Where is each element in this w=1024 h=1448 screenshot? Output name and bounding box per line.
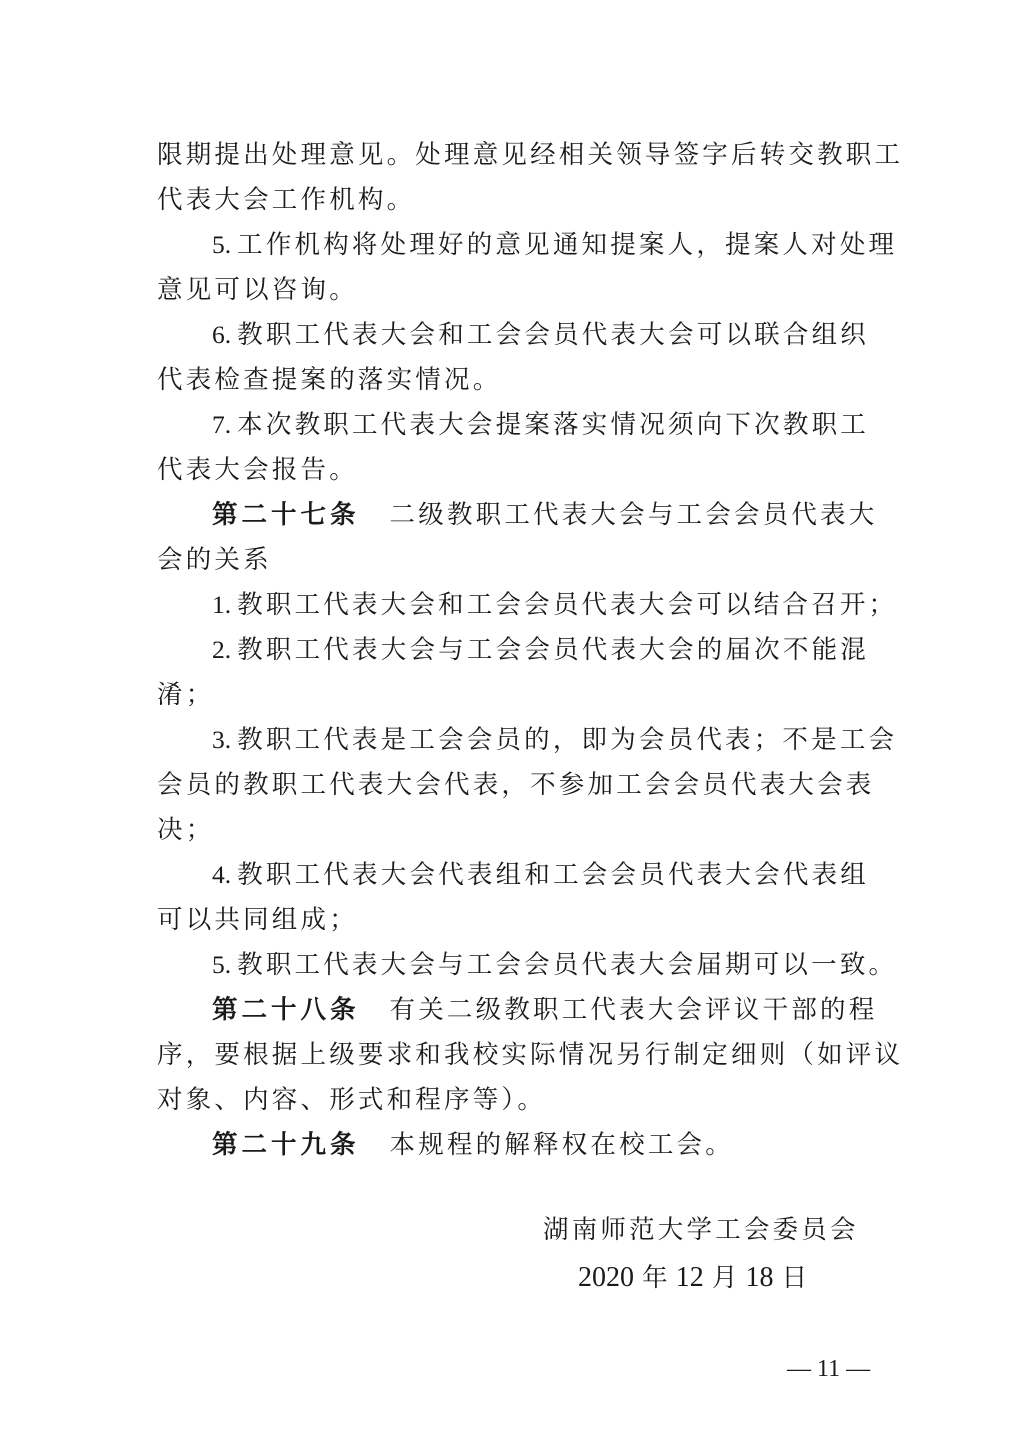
line-text: 工作机构将处理好的意见通知提案人，提案人对处理: [237, 230, 897, 260]
line-text: 教职工代表大会与工会会员代表大会届期可以一致。: [237, 950, 897, 980]
line-text: 教职工代表大会和工会会员代表大会可以联合组织: [237, 320, 869, 350]
line-text: 对象、内容、形式和程序等）。: [157, 1085, 546, 1115]
article-title: 第二十八条: [212, 995, 360, 1025]
item-number: 2.: [212, 635, 231, 664]
body-line: 代表大会工作机构。: [157, 183, 869, 217]
list-item-4: 4.教职工代表大会代表组和工会会员代表大会代表组: [212, 858, 869, 892]
page-number: — 11 —: [787, 1354, 870, 1384]
line-text: 教职工代表是工会会员的，即为会员代表；不是工会: [237, 725, 897, 755]
date-year: 2020: [578, 1262, 634, 1293]
line-text: 本次教职工代表大会提案落实情况须向下次教职工: [237, 410, 869, 440]
date-month: 12: [676, 1262, 704, 1293]
body-line: 会员的教职工代表大会代表，不参加工会会员代表大会表: [157, 768, 869, 802]
line-text: 本规程的解释权在校工会。: [390, 1130, 734, 1160]
line-text: 教职工代表大会与工会会员代表大会的届次不能混: [237, 635, 869, 665]
item-number: 3.: [212, 725, 231, 754]
body-line: 对象、内容、形式和程序等）。: [157, 1083, 869, 1117]
line-text: 序，要根据上级要求和我校实际情况另行制定细则（如评议: [157, 1040, 903, 1070]
line-text: 二级教职工代表大会与工会会员代表大: [390, 500, 878, 530]
line-text: 代表大会工作机构。: [157, 185, 415, 215]
signature-organization: 湖南师范大学工会委员会: [543, 1213, 859, 1247]
line-text: 教职工代表大会和工会会员代表大会可以结合召开；: [237, 590, 897, 620]
organization-name: 湖南师范大学工会委员会: [543, 1215, 859, 1245]
signature-date: 2020 年 12 月 18 日: [578, 1261, 807, 1295]
date-day-unit: 日: [782, 1263, 808, 1293]
line-text: 教职工代表大会代表组和工会会员代表大会代表组: [237, 860, 869, 890]
document-page: 限期提出处理意见。处理意见经相关领导签字后转交教职工 代表大会工作机构。 5.工…: [0, 0, 1024, 1448]
list-item-7: 7.本次教职工代表大会提案落实情况须向下次教职工: [212, 408, 869, 442]
item-number: 6.: [212, 320, 231, 349]
line-text: 代表检查提案的落实情况。: [157, 365, 501, 395]
line-text: 会的关系: [157, 545, 272, 575]
body-line: 会的关系: [157, 543, 869, 577]
article-title: 第二十九条: [212, 1130, 360, 1160]
body-line: 决；: [157, 813, 869, 847]
list-item-5b: 5.教职工代表大会与工会会员代表大会届期可以一致。: [212, 948, 869, 982]
body-line: 限期提出处理意见。处理意见经相关领导签字后转交教职工: [157, 138, 869, 172]
article-title: 第二十七条: [212, 500, 360, 530]
body-line: 序，要根据上级要求和我校实际情况另行制定细则（如评议: [157, 1038, 869, 1072]
date-month-unit: 月: [712, 1263, 738, 1293]
body-line: 代表检查提案的落实情况。: [157, 363, 869, 397]
line-text: 可以共同组成；: [157, 905, 358, 935]
item-number: 5.: [212, 230, 231, 259]
date-year-unit: 年: [642, 1263, 668, 1293]
item-number: 1.: [212, 590, 231, 619]
line-text: 淆；: [157, 680, 214, 710]
list-item-6: 6.教职工代表大会和工会会员代表大会可以联合组织: [212, 318, 869, 352]
line-text: 决；: [157, 815, 214, 845]
line-text: 有关二级教职工代表大会评议干部的程: [390, 995, 878, 1025]
list-item-2: 2.教职工代表大会与工会会员代表大会的届次不能混: [212, 633, 869, 667]
body-line: 意见可以咨询。: [157, 273, 869, 307]
date-day: 18: [745, 1262, 773, 1293]
article-29-heading: 第二十九条本规程的解释权在校工会。: [212, 1128, 869, 1162]
body-line: 淆；: [157, 678, 869, 712]
list-item-3: 3.教职工代表是工会会员的，即为会员代表；不是工会: [212, 723, 869, 757]
line-text: 限期提出处理意见。处理意见经相关领导签字后转交教职工: [157, 140, 903, 170]
list-item-1: 1.教职工代表大会和工会会员代表大会可以结合召开；: [212, 588, 869, 622]
article-27-heading: 第二十七条二级教职工代表大会与工会会员代表大: [212, 498, 869, 532]
article-28-heading: 第二十八条有关二级教职工代表大会评议干部的程: [212, 993, 869, 1027]
list-item-5: 5.工作机构将处理好的意见通知提案人，提案人对处理: [212, 228, 869, 262]
item-number: 5.: [212, 950, 231, 979]
line-text: 代表大会报告。: [157, 455, 358, 485]
line-text: 意见可以咨询。: [157, 275, 358, 305]
body-line: 代表大会报告。: [157, 453, 869, 487]
line-text: 会员的教职工代表大会代表，不参加工会会员代表大会表: [157, 770, 875, 800]
item-number: 7.: [212, 410, 231, 439]
item-number: 4.: [212, 860, 231, 889]
body-line: 可以共同组成；: [157, 903, 869, 937]
